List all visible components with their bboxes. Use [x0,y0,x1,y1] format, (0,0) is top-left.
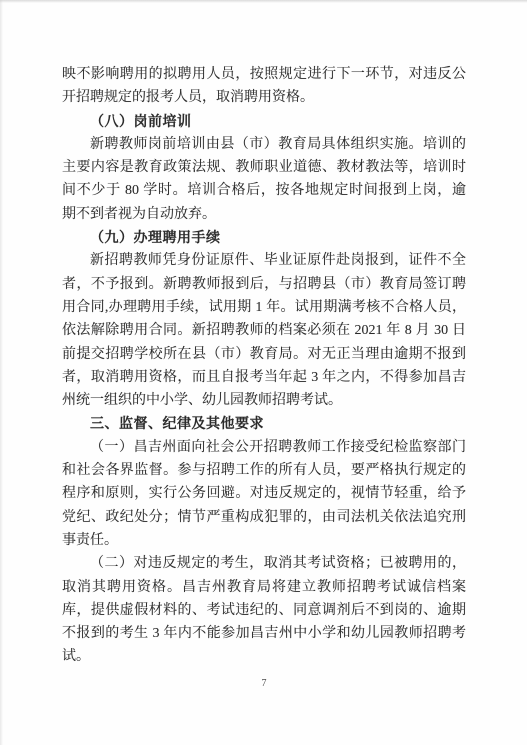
text-line: 州统一组织的中小学、幼儿园教师招聘考试。 [62,389,466,412]
document-body: 映不影响聘用的拟聘用人员，按照规定进行下一环节，对违反公开招聘规定的报考人员，取… [62,63,466,669]
text-line: 用合同,办理聘用手续，试用期 1 年。试用期满考核不合格人员， [62,296,466,319]
text-line: （一）昌吉州面向社会公开招聘教师工作接受纪检监察部门 [62,436,466,459]
text-line: （二）对违反规定的考生，取消其考试资格；已被聘用的， [62,552,466,575]
text-line: 者，不予报到。新聘教师报到后，与招聘县（市）教育局签订聘 [62,273,466,296]
text-line: 程序和原则，实行公务回避。对违反规定的，视情节轻重，给予 [62,482,466,505]
text-line: 新招聘教师凭身份证原件、毕业证原件赴岗报到，证件不全 [62,249,466,272]
scanned-document-page: 映不影响聘用的拟聘用人员，按照规定进行下一环节，对违反公开招聘规定的报考人员，取… [0,0,527,745]
text-line: 开招聘规定的报考人员，取消聘用资格。 [62,86,466,109]
section-heading: （九）办理聘用手续 [62,226,466,249]
text-line: 间不少于 80 学时。培训合格后，按各地规定时间报到上岗，逾 [62,179,466,202]
text-line: 库，提供虚假材料的、考试违纪的、同意调剂后不到岗的、逾期 [62,599,466,622]
text-line: 党纪、政纪处分；情节严重构成犯罪的，由司法机关依法追究刑 [62,506,466,529]
text-line: 不报到的考生 3 年内不能参加昌吉州中小学和幼儿园教师招聘考 [62,622,466,645]
text-line: 新聘教师岗前培训由县（市）教育局具体组织实施。培训的 [62,133,466,156]
text-line: 取消其聘用资格。昌吉州教育局将建立教师招聘考试诚信档案 [62,576,466,599]
text-line: 者，取消聘用资格，而且自报考当年起 3 年之内，不得参加昌吉 [62,366,466,389]
text-line: 前提交招聘学校所在县（市）教育局。对无正当理由逾期不报到 [62,343,466,366]
page-number: 7 [62,678,466,690]
section-heading: （八）岗前培训 [62,110,466,133]
text-line: 映不影响聘用的拟聘用人员，按照规定进行下一环节，对违反公 [62,63,466,86]
text-line: 事责任。 [62,529,466,552]
text-line: 期不到者视为自动放弃。 [62,203,466,226]
scan-edge-left [0,0,3,745]
scan-edge-top [0,0,527,3]
text-line: 试。 [62,645,466,668]
text-line: 主要内容是教育政策法规、教师职业道德、教材教法等，培训时 [62,156,466,179]
section-heading: 三、监督、纪律及其他要求 [62,412,466,435]
text-line: 依法解除聘用合同。新招聘教师的档案必须在 2021 年 8 月 30 日 [62,319,466,342]
text-line: 和社会各界监督。参与招聘工作的所有人员，要严格执行规定的 [62,459,466,482]
